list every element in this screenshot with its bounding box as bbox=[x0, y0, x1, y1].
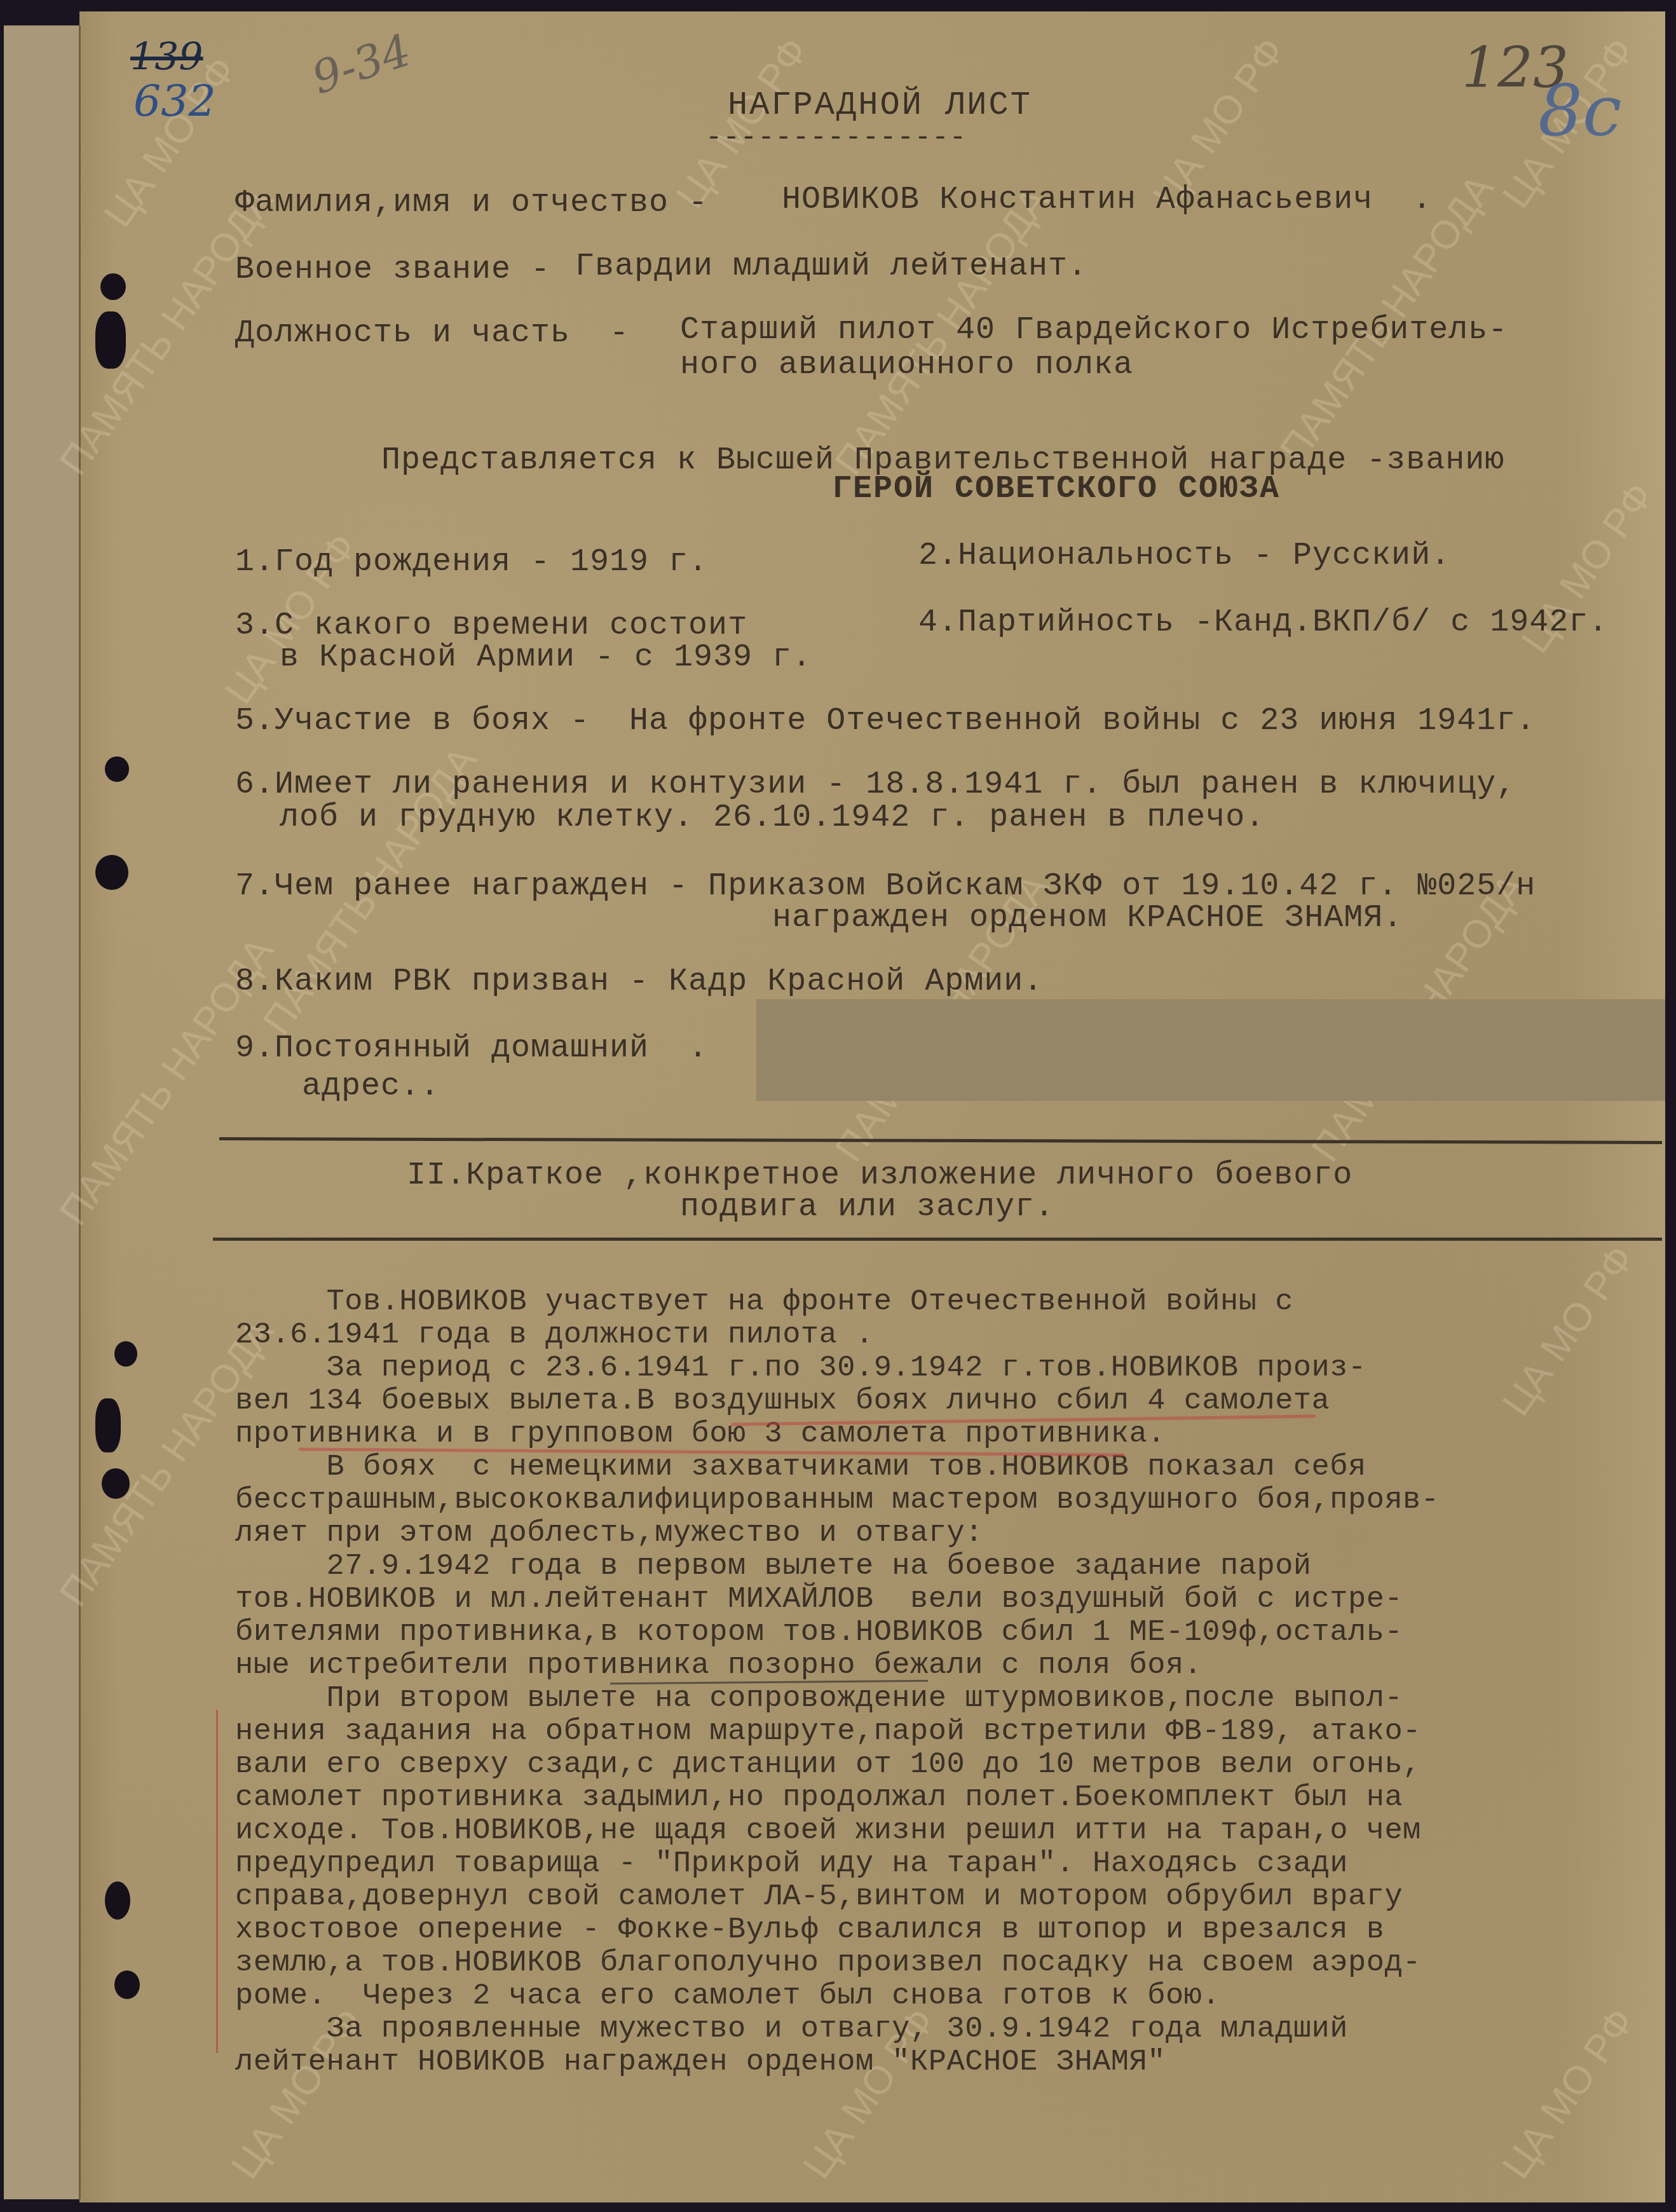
archive-number-struck: 139 bbox=[130, 35, 203, 79]
blue-note: 8c bbox=[1538, 70, 1622, 151]
body-line: ляет при этом доблесть,мужество и отвагу… bbox=[235, 1519, 983, 1548]
body-line: хвостовое оперение - Фокке-Вульф свалилс… bbox=[235, 1915, 1384, 1945]
body-line: 27.9.1942 года в первом вылете на боевое… bbox=[235, 1552, 1312, 1581]
body-line: предупредил товарища - "Прикрой иду на т… bbox=[235, 1849, 1348, 1879]
body-line: В боях с немецкими захватчиками тов.НОВИ… bbox=[235, 1452, 1366, 1482]
punch-hole bbox=[114, 1970, 140, 1999]
punch-hole bbox=[105, 1881, 130, 1920]
item-9: 9.Постоянный домашний . bbox=[235, 1033, 708, 1065]
item-9-cont: адрес.. bbox=[302, 1071, 440, 1103]
punch-hole bbox=[95, 1398, 121, 1452]
punch-hole bbox=[105, 756, 129, 782]
body-line: роме. Через 2 часа его самолет был снова… bbox=[235, 1981, 1220, 2011]
body-line: Тов.НОВИКОВ участвует на фронте Отечеств… bbox=[235, 1287, 1293, 1317]
item-5: 5.Участие в боях - На фронте Отечественн… bbox=[235, 706, 1536, 737]
body-line: исходе. Тов.НОВИКОВ,не щадя своей жизни … bbox=[235, 1816, 1421, 1846]
redacted-address bbox=[756, 999, 1665, 1101]
item-3: 3.С какого времени состоит bbox=[235, 610, 747, 642]
position-label: Должность и часть - bbox=[235, 318, 629, 350]
body-line: бесстрашным,высококвалифицированным маст… bbox=[235, 1485, 1440, 1515]
rank-value: Гвардии младший лейтенант. bbox=[575, 251, 1087, 283]
body-line: За период с 23.6.1941 г.по 30.9.1942 г.т… bbox=[235, 1353, 1366, 1383]
body-line: ные истребители противника позорно бежал… bbox=[235, 1651, 1202, 1681]
body-line: землю,а тов.НОВИКОВ благополучно произве… bbox=[235, 1948, 1421, 1978]
body-line: справа,довернул свой самолет ЛА-5,винтом… bbox=[235, 1882, 1403, 1912]
section-rule-bottom bbox=[213, 1238, 1662, 1241]
body-line: нения задания на обратном маршруте,парой… bbox=[235, 1717, 1421, 1747]
punch-hole bbox=[100, 273, 126, 300]
punch-hole bbox=[95, 855, 128, 890]
red-pencil-margin-line bbox=[216, 1710, 218, 2053]
item-8: 8.Каким РВК призван - Кадр Красной Армии… bbox=[235, 966, 1043, 998]
section2-heading-cont: подвига или заслуг. bbox=[680, 1192, 1054, 1224]
body-line: вали его сверху сзади,с дистанции от 100… bbox=[235, 1750, 1421, 1780]
body-line: бителями противника,в котором тов.НОВИКО… bbox=[235, 1618, 1403, 1648]
body-line: лейтенант НОВИКОВ награжден орденом "КРА… bbox=[235, 2047, 1166, 2077]
body-line: тов.НОВИКОВ и мл.лейтенант МИХАЙЛОВ вели… bbox=[235, 1585, 1403, 1615]
item-1: 1.Год рождения - 1919 г. bbox=[235, 547, 708, 578]
binding-strip bbox=[4, 25, 81, 2199]
item-3-cont: в Красной Армии - с 1939 г. bbox=[280, 642, 812, 674]
item-7: 7.Чем ранее награжден - Приказом Войскам… bbox=[235, 871, 1536, 903]
item-4: 4.Партийность -Канд.ВКП/б/ с 1942г. bbox=[918, 607, 1608, 639]
body-line: При втором вылете на сопровождение штурм… bbox=[235, 1684, 1403, 1714]
position-value-1: Старший пилот 40 Гвардейского Истребител… bbox=[680, 315, 1508, 346]
item-6-cont: лоб и грудную клетку. 26.10.1942 г. ране… bbox=[280, 802, 1265, 834]
item-6: 6.Имеет ли ранения и контузии - 18.8.194… bbox=[235, 769, 1516, 801]
fio-label: Фамилия,имя и отчество - bbox=[235, 188, 708, 219]
rank-label: Военное звание - bbox=[235, 254, 550, 286]
archive-number: 632 bbox=[133, 76, 216, 126]
body-line: За проявленные мужество и отвагу, 30.9.1… bbox=[235, 2014, 1348, 2044]
nomination-title: ГЕРОЙ СОВЕТСКОГО СОЮЗА bbox=[833, 474, 1280, 505]
punch-hole bbox=[114, 1341, 137, 1367]
section2-heading: II.Краткое ,конкретное изложение личного… bbox=[407, 1160, 1352, 1192]
position-value-2: ного авиационного полка bbox=[680, 350, 1133, 381]
fio-value: НОВИКОВ Константин Афанасьевич . bbox=[782, 184, 1432, 216]
body-line: самолет противника задымил,но продолжал … bbox=[235, 1783, 1403, 1813]
body-line: 23.6.1941 года в должности пилота . bbox=[235, 1320, 874, 1350]
document-title: НАГРАДНОЙ ЛИСТ bbox=[728, 89, 1032, 122]
item-2: 2.Национальность - Русский. bbox=[918, 540, 1450, 572]
body-line: противника и в групповом бою 3 самолета … bbox=[235, 1419, 1166, 1449]
item-7-cont: награжден орденом КРАСНОЕ ЗНАМЯ. bbox=[772, 903, 1403, 934]
title-underline: --------------- bbox=[705, 124, 967, 152]
body-line: вел 134 боевых вылета.В воздушных боях л… bbox=[235, 1386, 1330, 1416]
